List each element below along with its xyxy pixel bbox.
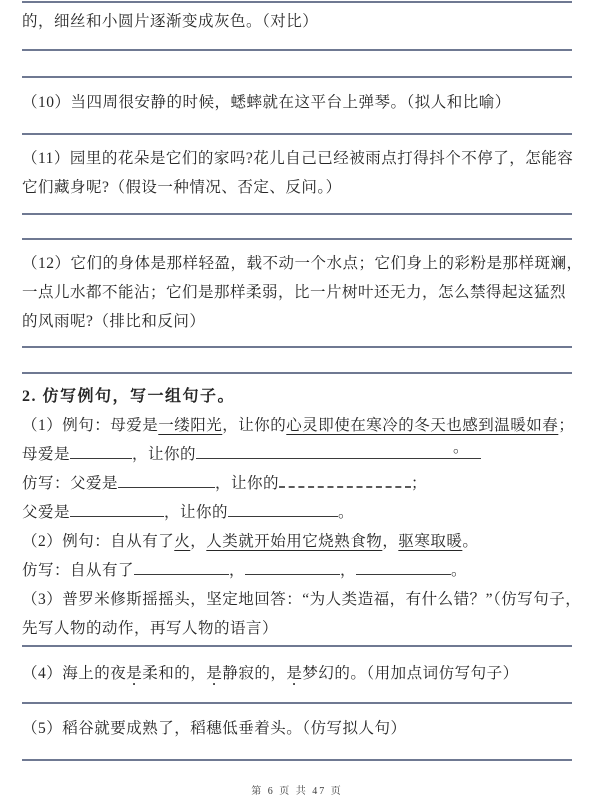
answer-line (22, 49, 572, 51)
example-2-sentence: （2）例句：自从有了火，人类就开始用它烧熟食物，驱寒取暖。 (22, 527, 572, 556)
example-1-text: ，让你的 (222, 417, 286, 434)
fill-text: ，让你的 (132, 446, 196, 463)
emphasized-char: 是 (126, 665, 142, 682)
page-number-footer: 第 6 页 共 47 页 (22, 785, 572, 799)
fill-blank (70, 514, 164, 517)
example-2-underlined-phrase-3: 驱寒取暖 (398, 533, 462, 550)
fill-text: ， (229, 562, 245, 579)
emphasized-char: 是 (286, 665, 302, 682)
question-4-text-part: 静寂的， (222, 665, 286, 682)
question-5-text: （5）稻谷就要成熟了，稻穗低垂着头。（仿写拟人句） (22, 714, 572, 743)
example-1-text: ； (558, 417, 574, 434)
example-1-sentence: （1）例句：母爱是一缕阳光，让你的心灵即使在寒冷的冬天也感到温暖如春； (22, 411, 572, 440)
fill-in-row-mothers-love: 母爱是，让你的。 (22, 440, 572, 469)
worksheet-page: 的，细丝和小圆片逐渐变成灰色。（对比） （10）当四周很安静的时候，蟋蟀就在这平… (0, 1, 594, 811)
example-2-underlined-phrase-2: 人类就开始用它烧熟食物 (206, 533, 382, 550)
fill-blank (228, 514, 338, 517)
example-1-underlined-phrase-2: 心灵即使在寒冷的冬天也感到温暖如春 (286, 417, 558, 434)
answer-line (22, 346, 572, 348)
fill-text: ，让你的 (215, 475, 279, 492)
fill-blank (134, 572, 229, 575)
answer-line (22, 238, 572, 240)
example-2-text: （2）例句：自从有了 (22, 533, 174, 550)
fill-text: ； (411, 475, 427, 492)
fill-in-row-fathers-love-1: 仿写：父爱是，让你的； (22, 469, 572, 498)
question-12-text-line-2: 一点儿水都不能沾；它们是那样柔弱，比一片树叶还无力，怎么禁得起这猛烈 (22, 278, 572, 307)
question-10-text: （10）当四周很安静的时候，蟋蟀就在这平台上弹琴。（拟人和比喻） (22, 88, 572, 117)
question-3-text-line-2: 先写人物的动作，再写人物的语言） (22, 614, 572, 643)
answer-line (22, 76, 572, 78)
fill-text: 。 (338, 504, 354, 521)
answer-line (22, 759, 572, 761)
fill-text: ， (340, 562, 356, 579)
fill-blank (245, 572, 340, 575)
question-4-text-part: 梦幻的。（用加点词仿写句子） (302, 665, 518, 682)
example-2-underlined-phrase-1: 火 (174, 533, 190, 550)
answer-line (22, 1, 572, 3)
question-4-text-part: （4）海上的夜 (22, 665, 126, 682)
question-4-text-part: 柔和的， (142, 665, 206, 682)
fill-blank (356, 572, 451, 575)
fill-in-row-ever-since: 仿写：自从有了，，。 (22, 556, 572, 585)
question-3-text-line-1: （3）普罗米修斯摇摇头，坚定地回答：“为人类造福，有什么错？”（仿写句子， (22, 585, 572, 614)
question-11-text-line-1: （11）园里的花朵是它们的家吗?花儿自己已经被雨点打得抖个不停了，怎能容 (22, 144, 572, 173)
question-12-text-line-3: 的风雨呢?（排比和反问） (22, 307, 572, 336)
fill-text: 仿写：父爱是 (22, 475, 118, 492)
emphasized-char: 是 (206, 665, 222, 682)
question-12-text-line-1: （12）它们的身体是那样轻盈，载不动一个水点；它们身上的彩粉是那样斑斓， (22, 249, 572, 278)
fill-text: 仿写：自从有了 (22, 562, 134, 579)
example-1-text: （1）例句：母爱是 (22, 417, 158, 434)
question-4-text: （4）海上的夜是柔和的，是静寂的，是梦幻的。（用加点词仿写句子） (22, 659, 572, 688)
example-2-text: ， (190, 533, 206, 550)
section-2-heading: 2. 仿写例句，写一组句子。 (22, 382, 572, 411)
answer-line (22, 702, 572, 704)
fill-blank (118, 485, 215, 488)
fill-blank: 。 (196, 456, 481, 459)
sentence-q9-continuation: 的，细丝和小圆片逐渐变成灰色。（对比） (22, 7, 572, 36)
example-2-text: 。 (462, 533, 478, 550)
fill-blank (70, 456, 132, 459)
example-1-underlined-phrase-1: 一缕阳光 (158, 417, 222, 434)
example-2-text: ， (382, 533, 398, 550)
answer-line (22, 213, 572, 215)
period-on-line: 。 (453, 433, 469, 462)
fill-in-row-fathers-love-2: 父爱是，让你的。 (22, 498, 572, 527)
question-11-text-line-2: 它们藏身呢?（假设一种情况、否定、反问。） (22, 173, 572, 202)
answer-line (22, 133, 572, 135)
fill-text: 。 (451, 562, 467, 579)
fill-text: 父爱是 (22, 504, 70, 521)
fill-text: 母爱是 (22, 446, 70, 463)
fill-text: ，让你的 (164, 504, 228, 521)
fill-blank (279, 484, 411, 488)
answer-line (22, 645, 572, 647)
answer-line (22, 372, 572, 374)
